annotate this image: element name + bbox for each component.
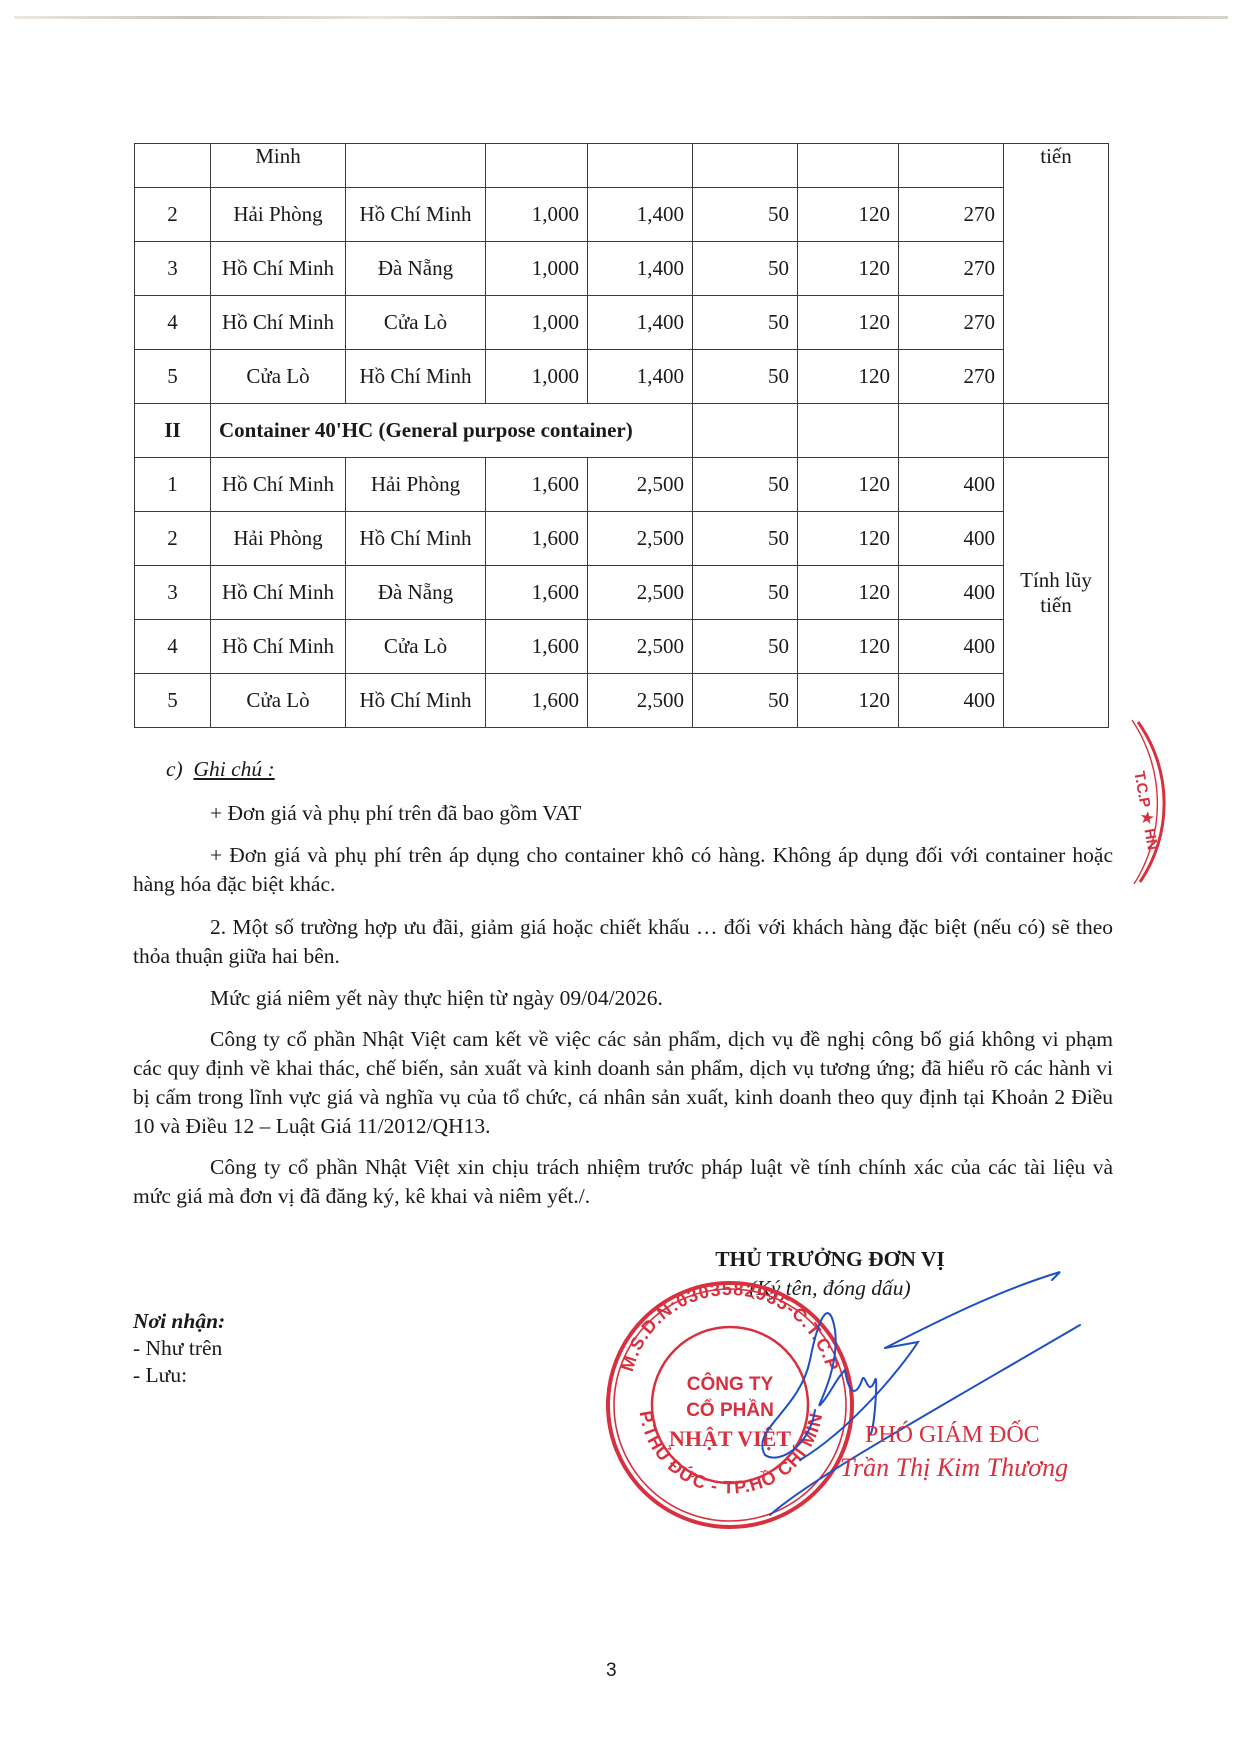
cell-v5: 270	[899, 188, 1004, 242]
cell-from: Hải Phòng	[211, 188, 346, 242]
cell-v3: 50	[693, 674, 798, 728]
cell-no: 1	[135, 458, 211, 512]
cell-from: Hồ Chí Minh	[211, 242, 346, 296]
cell-from: Hồ Chí Minh	[211, 458, 346, 512]
cell-from: Hồ Chí Minh	[211, 296, 346, 350]
notes-heading: c) Ghi chú :	[166, 755, 275, 784]
recipients-heading: Nơi nhận:	[133, 1308, 225, 1335]
commitment-paragraph: Công ty cổ phần Nhật Việt cam kết về việ…	[133, 1025, 1113, 1141]
cell-no: 2	[135, 188, 211, 242]
table-row: 1Hồ Chí MinhHải Phòng1,6002,50050120400T…	[135, 458, 1109, 512]
cell-v1: 1,000	[486, 296, 588, 350]
cell-empty	[1004, 404, 1109, 458]
cell-empty	[798, 404, 899, 458]
cell-to: Hồ Chí Minh	[346, 188, 486, 242]
cell-v4: 120	[798, 512, 899, 566]
table-row: 3Hồ Chí MinhĐà Nẵng1,6002,50050120400	[135, 566, 1109, 620]
cell-empty	[899, 144, 1004, 188]
svg-text:Trần Thị Kim Thương: Trần Thị Kim Thương	[840, 1453, 1068, 1482]
scan-edge-line	[14, 16, 1228, 19]
cell-v1: 1,000	[486, 242, 588, 296]
cell-no: 4	[135, 296, 211, 350]
cell-v2: 2,500	[588, 620, 693, 674]
page-number: 3	[606, 1660, 617, 1682]
cell-v2: 1,400	[588, 350, 693, 404]
note-discount: 2. Một số trường hợp ưu đãi, giảm giá ho…	[133, 913, 1113, 971]
cell-v4: 120	[798, 242, 899, 296]
cell-v3: 50	[693, 242, 798, 296]
cell-v4: 120	[798, 674, 899, 728]
stamp-and-signature: M.S.D.N:0303582935-C.T.C.P TP.THỦ ĐỨC - …	[600, 1230, 1120, 1530]
cell-no: 2	[135, 512, 211, 566]
cell-v1: 1,600	[486, 674, 588, 728]
cell-v5: 400	[899, 458, 1004, 512]
table-row: 4Hồ Chí MinhCửa Lò1,0001,40050120270	[135, 296, 1109, 350]
cell-v5: 270	[899, 242, 1004, 296]
cell-to: Hồ Chí Minh	[346, 350, 486, 404]
cell-empty	[798, 144, 899, 188]
note-effective-date: Mức giá niêm yết này thực hiện từ ngày 0…	[210, 984, 1110, 1013]
cell-v4: 120	[798, 566, 899, 620]
cell-no: 5	[135, 350, 211, 404]
cell-v1: 1,000	[486, 350, 588, 404]
table-row: 2Hải PhòngHồ Chí Minh1,6002,50050120400	[135, 512, 1109, 566]
cell-v5: 400	[899, 566, 1004, 620]
cell-v3: 50	[693, 350, 798, 404]
cell-empty	[588, 144, 693, 188]
cell-empty	[899, 404, 1004, 458]
svg-text:NHẬT VIỆT: NHẬT VIỆT	[669, 1426, 791, 1451]
cell-from: Hồ Chí Minh	[211, 566, 346, 620]
cell-v1: 1,600	[486, 620, 588, 674]
cell-from: Cửa Lò	[211, 350, 346, 404]
cell-v3: 50	[693, 458, 798, 512]
cell-empty	[346, 144, 486, 188]
cell-to: Đà Nẵng	[346, 566, 486, 620]
cell-v3: 50	[693, 188, 798, 242]
cell-v4: 120	[798, 296, 899, 350]
cell-v4: 120	[798, 350, 899, 404]
cell-v5: 400	[899, 674, 1004, 728]
cell-no: 4	[135, 620, 211, 674]
cell-no: 3	[135, 242, 211, 296]
cell-v5: 270	[899, 296, 1004, 350]
notes-heading-prefix: c)	[166, 757, 183, 781]
partial-page-seal-icon: T.C.P ★ HN	[1128, 712, 1238, 892]
cell-to: Hồ Chí Minh	[346, 674, 486, 728]
table-row: 2Hải PhòngHồ Chí Minh1,0001,40050120270	[135, 188, 1109, 242]
cell-to: Hải Phòng	[346, 458, 486, 512]
table-row: 5Cửa LòHồ Chí Minh1,6002,50050120400	[135, 674, 1109, 728]
cell-to: Hồ Chí Minh	[346, 512, 486, 566]
cell-v4: 120	[798, 458, 899, 512]
cell-v1: 1,000	[486, 188, 588, 242]
responsibility-paragraph: Công ty cổ phần Nhật Việt xin chịu trách…	[133, 1153, 1113, 1211]
section-number: II	[135, 404, 211, 458]
cell-to: Đà Nẵng	[346, 242, 486, 296]
section-title: Container 40'HC (General purpose contain…	[211, 404, 693, 458]
cell-from: Cửa Lò	[211, 674, 346, 728]
cell-v4: 120	[798, 620, 899, 674]
cell-v2: 1,400	[588, 188, 693, 242]
svg-text:PHÓ GIÁM ĐỐC: PHÓ GIÁM ĐỐC	[865, 1421, 1040, 1448]
recipients-block: Nơi nhận: - Như trên - Lưu:	[133, 1308, 225, 1389]
cell-v1: 1,600	[486, 512, 588, 566]
cell-v5: 270	[899, 350, 1004, 404]
cell-v3: 50	[693, 620, 798, 674]
recipient-item: - Như trên	[133, 1335, 225, 1362]
note-applicability: + Đơn giá và phụ phí trên áp dụng cho co…	[133, 841, 1113, 899]
cell-v5: 400	[899, 512, 1004, 566]
cell-note: tiến	[1004, 144, 1109, 404]
cell-v1: 1,600	[486, 566, 588, 620]
cell-empty	[693, 144, 798, 188]
cell-v3: 50	[693, 566, 798, 620]
cell-v2: 1,400	[588, 242, 693, 296]
cell-v2: 2,500	[588, 566, 693, 620]
cell-v2: 2,500	[588, 458, 693, 512]
table-row: 3Hồ Chí MinhĐà Nẵng1,0001,40050120270	[135, 242, 1109, 296]
cell-from: Minh	[211, 144, 346, 188]
table-row: 5Cửa LòHồ Chí Minh1,0001,40050120270	[135, 350, 1109, 404]
cell-v2: 2,500	[588, 674, 693, 728]
note-vat: + Đơn giá và phụ phí trên đã bao gồm VAT	[210, 799, 1110, 828]
cell-empty	[693, 404, 798, 458]
cell-to: Cửa Lò	[346, 620, 486, 674]
cell-no	[135, 144, 211, 188]
svg-text:CỔ PHẦN: CỔ PHẦN	[686, 1399, 774, 1421]
cell-from: Hải Phòng	[211, 512, 346, 566]
svg-text:CÔNG TY: CÔNG TY	[687, 1373, 774, 1395]
cell-v2: 1,400	[588, 296, 693, 350]
cell-no: 3	[135, 566, 211, 620]
table-row: 4Hồ Chí MinhCửa Lò1,6002,50050120400	[135, 620, 1109, 674]
price-table: Minhtiến2Hải PhòngHồ Chí Minh1,0001,4005…	[134, 143, 1109, 728]
cell-from: Hồ Chí Minh	[211, 620, 346, 674]
cell-v3: 50	[693, 512, 798, 566]
cell-v5: 400	[899, 620, 1004, 674]
recipient-item: - Lưu:	[133, 1362, 225, 1389]
section-header-row: IIContainer 40'HC (General purpose conta…	[135, 404, 1109, 458]
cell-empty	[486, 144, 588, 188]
table-row: Minhtiến	[135, 144, 1109, 188]
cell-no: 5	[135, 674, 211, 728]
cell-v3: 50	[693, 296, 798, 350]
cell-v2: 2,500	[588, 512, 693, 566]
cell-v1: 1,600	[486, 458, 588, 512]
cell-v4: 120	[798, 188, 899, 242]
cell-note: Tính lũy tiến	[1004, 458, 1109, 728]
cell-to: Cửa Lò	[346, 296, 486, 350]
notes-heading-text: Ghi chú :	[193, 757, 274, 781]
